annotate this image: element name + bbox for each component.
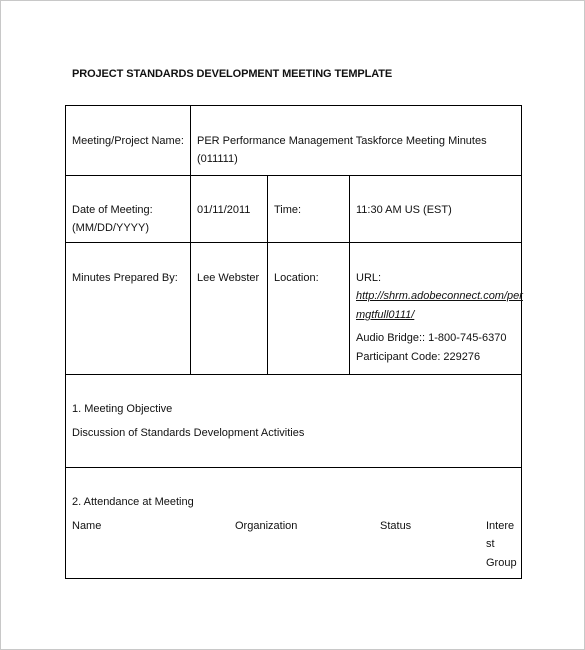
project-name-value-line2: (011111) [197, 150, 238, 168]
row-divider [66, 242, 521, 243]
objective-heading: 1. Meeting Objective [72, 400, 172, 418]
column-divider [190, 106, 191, 375]
attendance-column-organization: Organization [235, 517, 297, 535]
date-label-line1: Date of Meeting: [72, 201, 153, 219]
meeting-url-link-line2[interactable]: mgtfull0111/ [356, 306, 414, 324]
attendance-column-interest-group-line3: Group [486, 554, 517, 572]
attendance-heading: 2. Attendance at Meeting [72, 493, 194, 511]
row-divider [66, 374, 521, 375]
document-title: PROJECT STANDARDS DEVELOPMENT MEETING TE… [72, 68, 392, 80]
audio-bridge: Audio Bridge:: 1-800-745-6370 [356, 329, 506, 347]
prepared-by-label: Minutes Prepared By: [72, 269, 178, 287]
attendance-column-status: Status [380, 517, 411, 535]
participant-code: Participant Code: 229276 [356, 348, 480, 366]
meeting-url-link-line1[interactable]: http://shrm.adobeconnect.com/per [356, 287, 523, 305]
project-name-value-line1: PER Performance Management Taskforce Mee… [197, 132, 487, 150]
time-label: Time: [274, 201, 301, 219]
row-divider [66, 175, 521, 176]
attendance-column-name: Name [72, 517, 101, 535]
attendance-column-interest-group-line2: st [486, 535, 495, 553]
location-label: Location: [274, 269, 319, 287]
column-divider [267, 175, 268, 375]
prepared-by-value: Lee Webster [197, 269, 259, 287]
meeting-template-table: Meeting/Project Name: PER Performance Ma… [65, 105, 522, 579]
column-divider [349, 175, 350, 375]
row-divider [66, 467, 521, 468]
date-label-line2: (MM/DD/YYYY) [72, 219, 149, 237]
objective-body: Discussion of Standards Development Acti… [72, 424, 304, 442]
url-label: URL: [356, 269, 381, 287]
date-value: 01/11/2011 [197, 201, 250, 219]
time-value: 11:30 AM US (EST) [356, 201, 452, 219]
attendance-column-interest-group-line1: Intere [486, 517, 514, 535]
project-name-label: Meeting/Project Name: [72, 132, 184, 150]
